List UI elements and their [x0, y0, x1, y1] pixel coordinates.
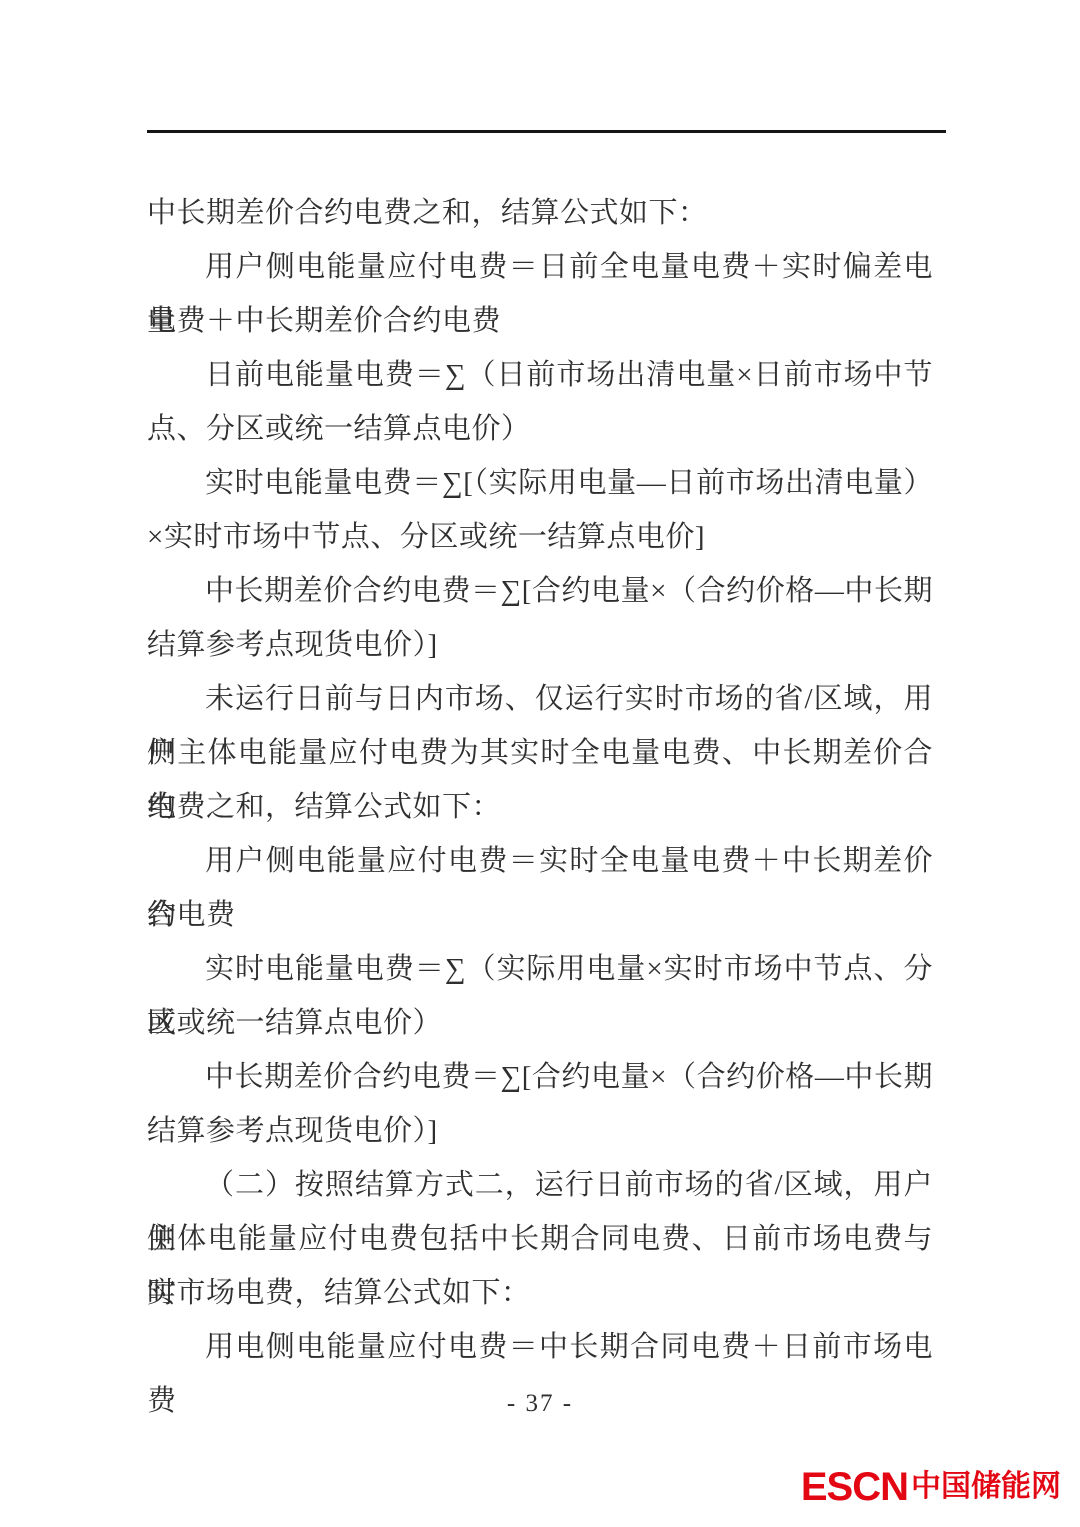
text-line: 结算参考点现货电价）]: [147, 618, 933, 672]
text-line: 时市场电费，结算公式如下：: [147, 1266, 933, 1320]
text-line: 中长期差价合约电费＝∑[合约电量×（合约价格—中长期: [147, 564, 933, 618]
document-page: 中长期差价合约电费之和，结算公式如下： 用户侧电能量应付电费＝日前全电量电费＋实…: [0, 0, 1080, 1527]
page-number: - 37 -: [147, 1390, 933, 1418]
text-line: 主体电能量应付电费包括中长期合同电费、日前市场电费与实: [147, 1212, 933, 1266]
text-line: 用户侧电能量应付电费＝实时全电量电费＋中长期差价合: [147, 834, 933, 888]
text-line: 结算参考点现货电价）]: [147, 1104, 933, 1158]
text-line: 实时电能量电费＝∑（实际用电量×实时市场中节点、分区: [147, 942, 933, 996]
text-line: 用户侧电能量应付电费＝日前全电量电费＋实时偏差电量: [147, 240, 933, 294]
text-line: 实时电能量电费＝∑[（实际用电量—日前市场出清电量）: [147, 456, 933, 510]
text-line: （二）按照结算方式二，运行日前市场的省/区域，用户侧: [147, 1158, 933, 1212]
text-line: 侧主体电能量应付电费为其实时全电量电费、中长期差价合约: [147, 726, 933, 780]
text-line: 或或统一结算点电价）: [147, 996, 933, 1050]
text-line: 日前电能量电费＝∑（日前市场出清电量×日前市场中节: [147, 348, 933, 402]
text-line: 电费＋中长期差价合约电费: [147, 294, 933, 348]
text-line: 未运行日前与日内市场、仅运行实时市场的省/区域，用户: [147, 672, 933, 726]
text-line: 点、分区或统一结算点电价）: [147, 402, 933, 456]
text-line: 中长期差价合约电费之和，结算公式如下：: [147, 186, 933, 240]
text-line: 电费之和，结算公式如下：: [147, 780, 933, 834]
logo-cjk-text: 中国储能网: [911, 1472, 1061, 1502]
text-line: 约电费: [147, 888, 933, 942]
document-body: 中长期差价合约电费之和，结算公式如下： 用户侧电能量应付电费＝日前全电量电费＋实…: [147, 186, 933, 1374]
escn-logo: ESCN 中国储能网: [801, 1467, 1061, 1507]
logo-latin-text: ESCN: [801, 1467, 908, 1507]
text-line: 中长期差价合约电费＝∑[合约电量×（合约价格—中长期: [147, 1050, 933, 1104]
text-line: 用电侧电能量应付电费＝中长期合同电费＋日前市场电费: [147, 1320, 933, 1374]
header-rule: [147, 130, 946, 133]
text-line: ×实时市场中节点、分区或统一结算点电价]: [147, 510, 933, 564]
